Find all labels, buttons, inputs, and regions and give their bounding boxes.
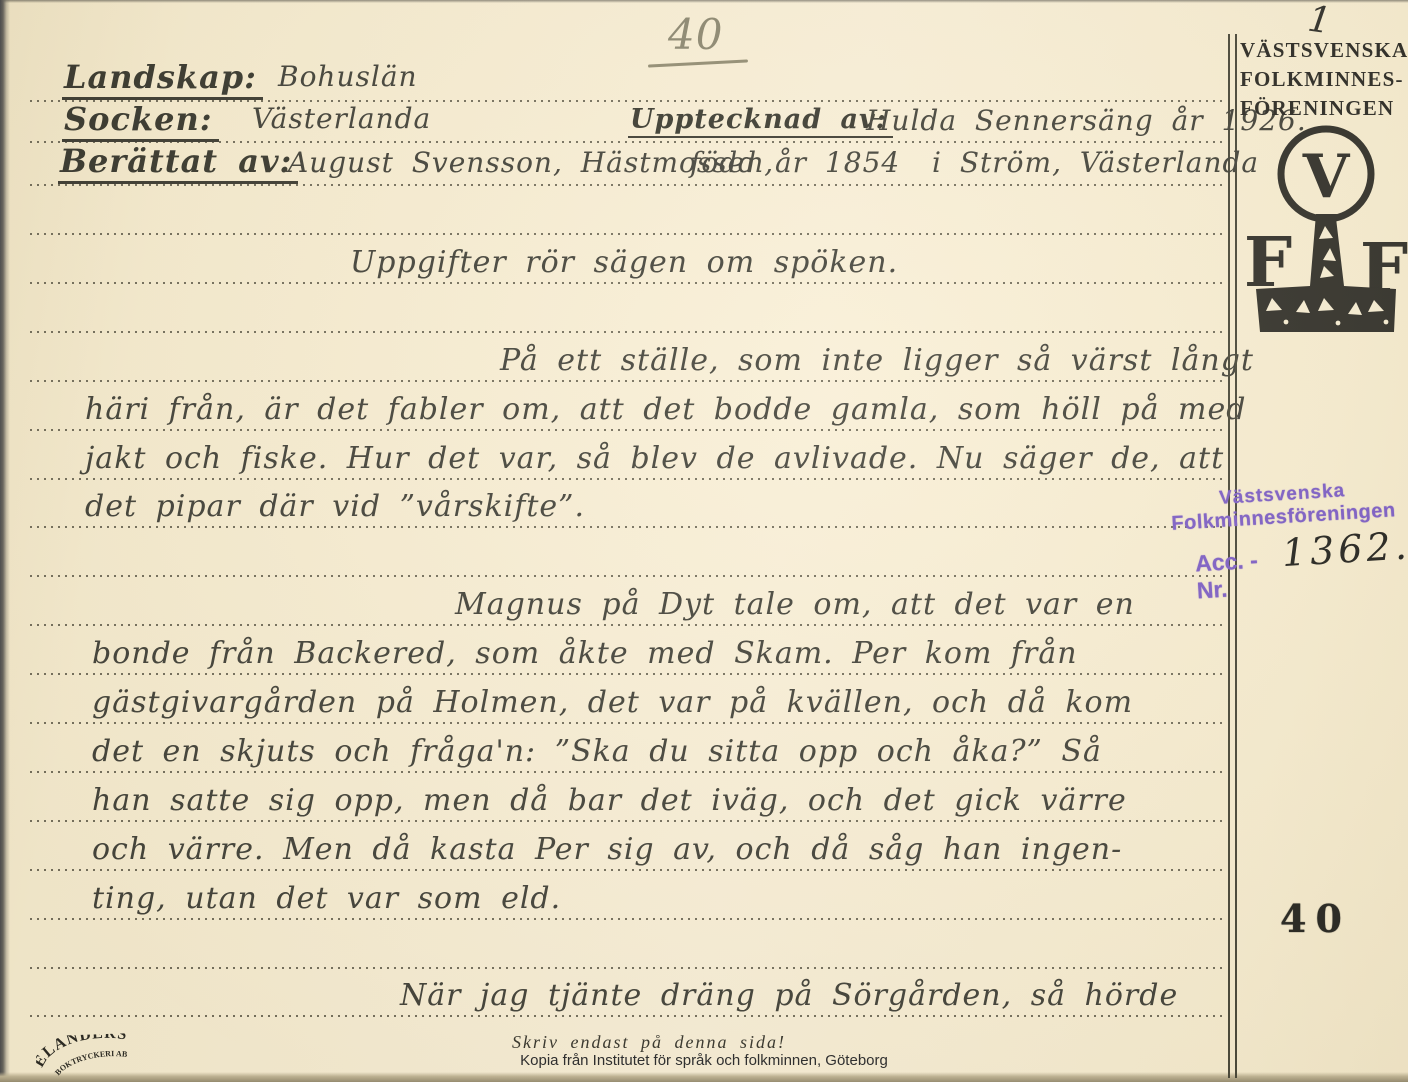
body-heading: Uppgifter rör sägen om spöken.	[350, 238, 898, 282]
body-line: häri från, är det fabler om, att det bod…	[85, 385, 1246, 429]
dotted-rule	[30, 526, 1222, 528]
dotted-rule	[30, 967, 1222, 969]
printed-page-number: 40	[1280, 896, 1351, 941]
stamp-acc-nr-label: Acc. - Nr.	[1194, 546, 1276, 605]
accession-number: 1362.	[1281, 523, 1408, 575]
body-line: och värre. Men då kasta Per sig av, och …	[92, 825, 1122, 869]
body-line: det pipar där vid ”vårskifte”.	[85, 482, 585, 526]
dotted-rule	[30, 771, 1222, 773]
body-line: det en skjuts och fråga'n: ”Ska du sitta…	[92, 727, 1102, 771]
dotted-rule	[30, 233, 1222, 235]
dotted-rule	[30, 722, 1222, 724]
scan-edge-bottom	[0, 1072, 1408, 1082]
berattat-value-place: i Ström, Västerlanda	[932, 146, 1259, 179]
dotted-rule	[30, 624, 1222, 626]
berattat-label: Berättat av:	[58, 142, 298, 184]
dotted-rule	[30, 869, 1222, 871]
dotted-rule	[30, 282, 1222, 284]
body-line: gästgivargården på Holmen, det var på kv…	[92, 678, 1133, 722]
digitization-caption: Kopia från Institutet för språk och folk…	[0, 1052, 1408, 1069]
berattat-value-birth: född år 1854	[690, 146, 900, 179]
dotted-rule	[30, 429, 1222, 431]
dotted-rule	[30, 331, 1222, 333]
fvf-thors-hammer-logo: V F F	[1238, 118, 1408, 350]
body-line: han satte sig opp, men då bar det iväg, …	[92, 776, 1127, 820]
dotted-rule	[30, 918, 1222, 920]
scanned-document-page: Uppgifter rör sägen om spöken.På ett stä…	[0, 0, 1408, 1082]
dotted-rule	[30, 184, 1222, 186]
dotted-rule	[30, 575, 1222, 577]
logo-letter-v: V	[1302, 142, 1351, 212]
accession-stamp: Västsvenska Folkminnesföreningen Acc. - …	[1157, 476, 1408, 606]
print-notice: Skriv endast på denna sida!	[512, 1032, 786, 1053]
body-line: bonde från Backered, som åkte med Skam. …	[92, 629, 1078, 673]
body-line: jakt och fiske. Hur det var, så blev de …	[85, 434, 1224, 478]
landskap-label: Landskap:	[62, 58, 263, 100]
handwritten-page-number: 40	[668, 10, 723, 59]
socken-label: Socken:	[62, 100, 219, 142]
body-line: När jag tjänte dräng på Sörgården, så hö…	[400, 971, 1178, 1015]
dotted-rule	[30, 478, 1222, 480]
dotted-rule	[30, 820, 1222, 822]
dotted-rule	[30, 673, 1222, 675]
landskap-value: Bohuslän	[278, 60, 418, 93]
scan-edge-top	[0, 0, 1408, 3]
body-line: Magnus på Dyt tale om, att det var en	[455, 580, 1135, 624]
dotted-rule	[30, 1015, 1222, 1017]
upptecknad-label: Upptecknad av:	[628, 104, 893, 138]
socken-value: Västerlanda	[252, 102, 431, 135]
dotted-rule	[30, 380, 1222, 382]
scan-edge-left	[0, 0, 10, 1082]
letterhead: VÄSTSVENSKA FOLKMINNES- FÖRENINGEN	[1240, 36, 1406, 123]
letterhead-line1: VÄSTSVENSKA	[1240, 36, 1406, 65]
body-line: På ett ställe, som inte ligger så värst …	[500, 336, 1254, 380]
body-line: ting, utan det var som eld.	[92, 874, 561, 918]
letterhead-line2: FOLKMINNES-	[1240, 65, 1406, 94]
page-number-underline	[648, 59, 748, 67]
